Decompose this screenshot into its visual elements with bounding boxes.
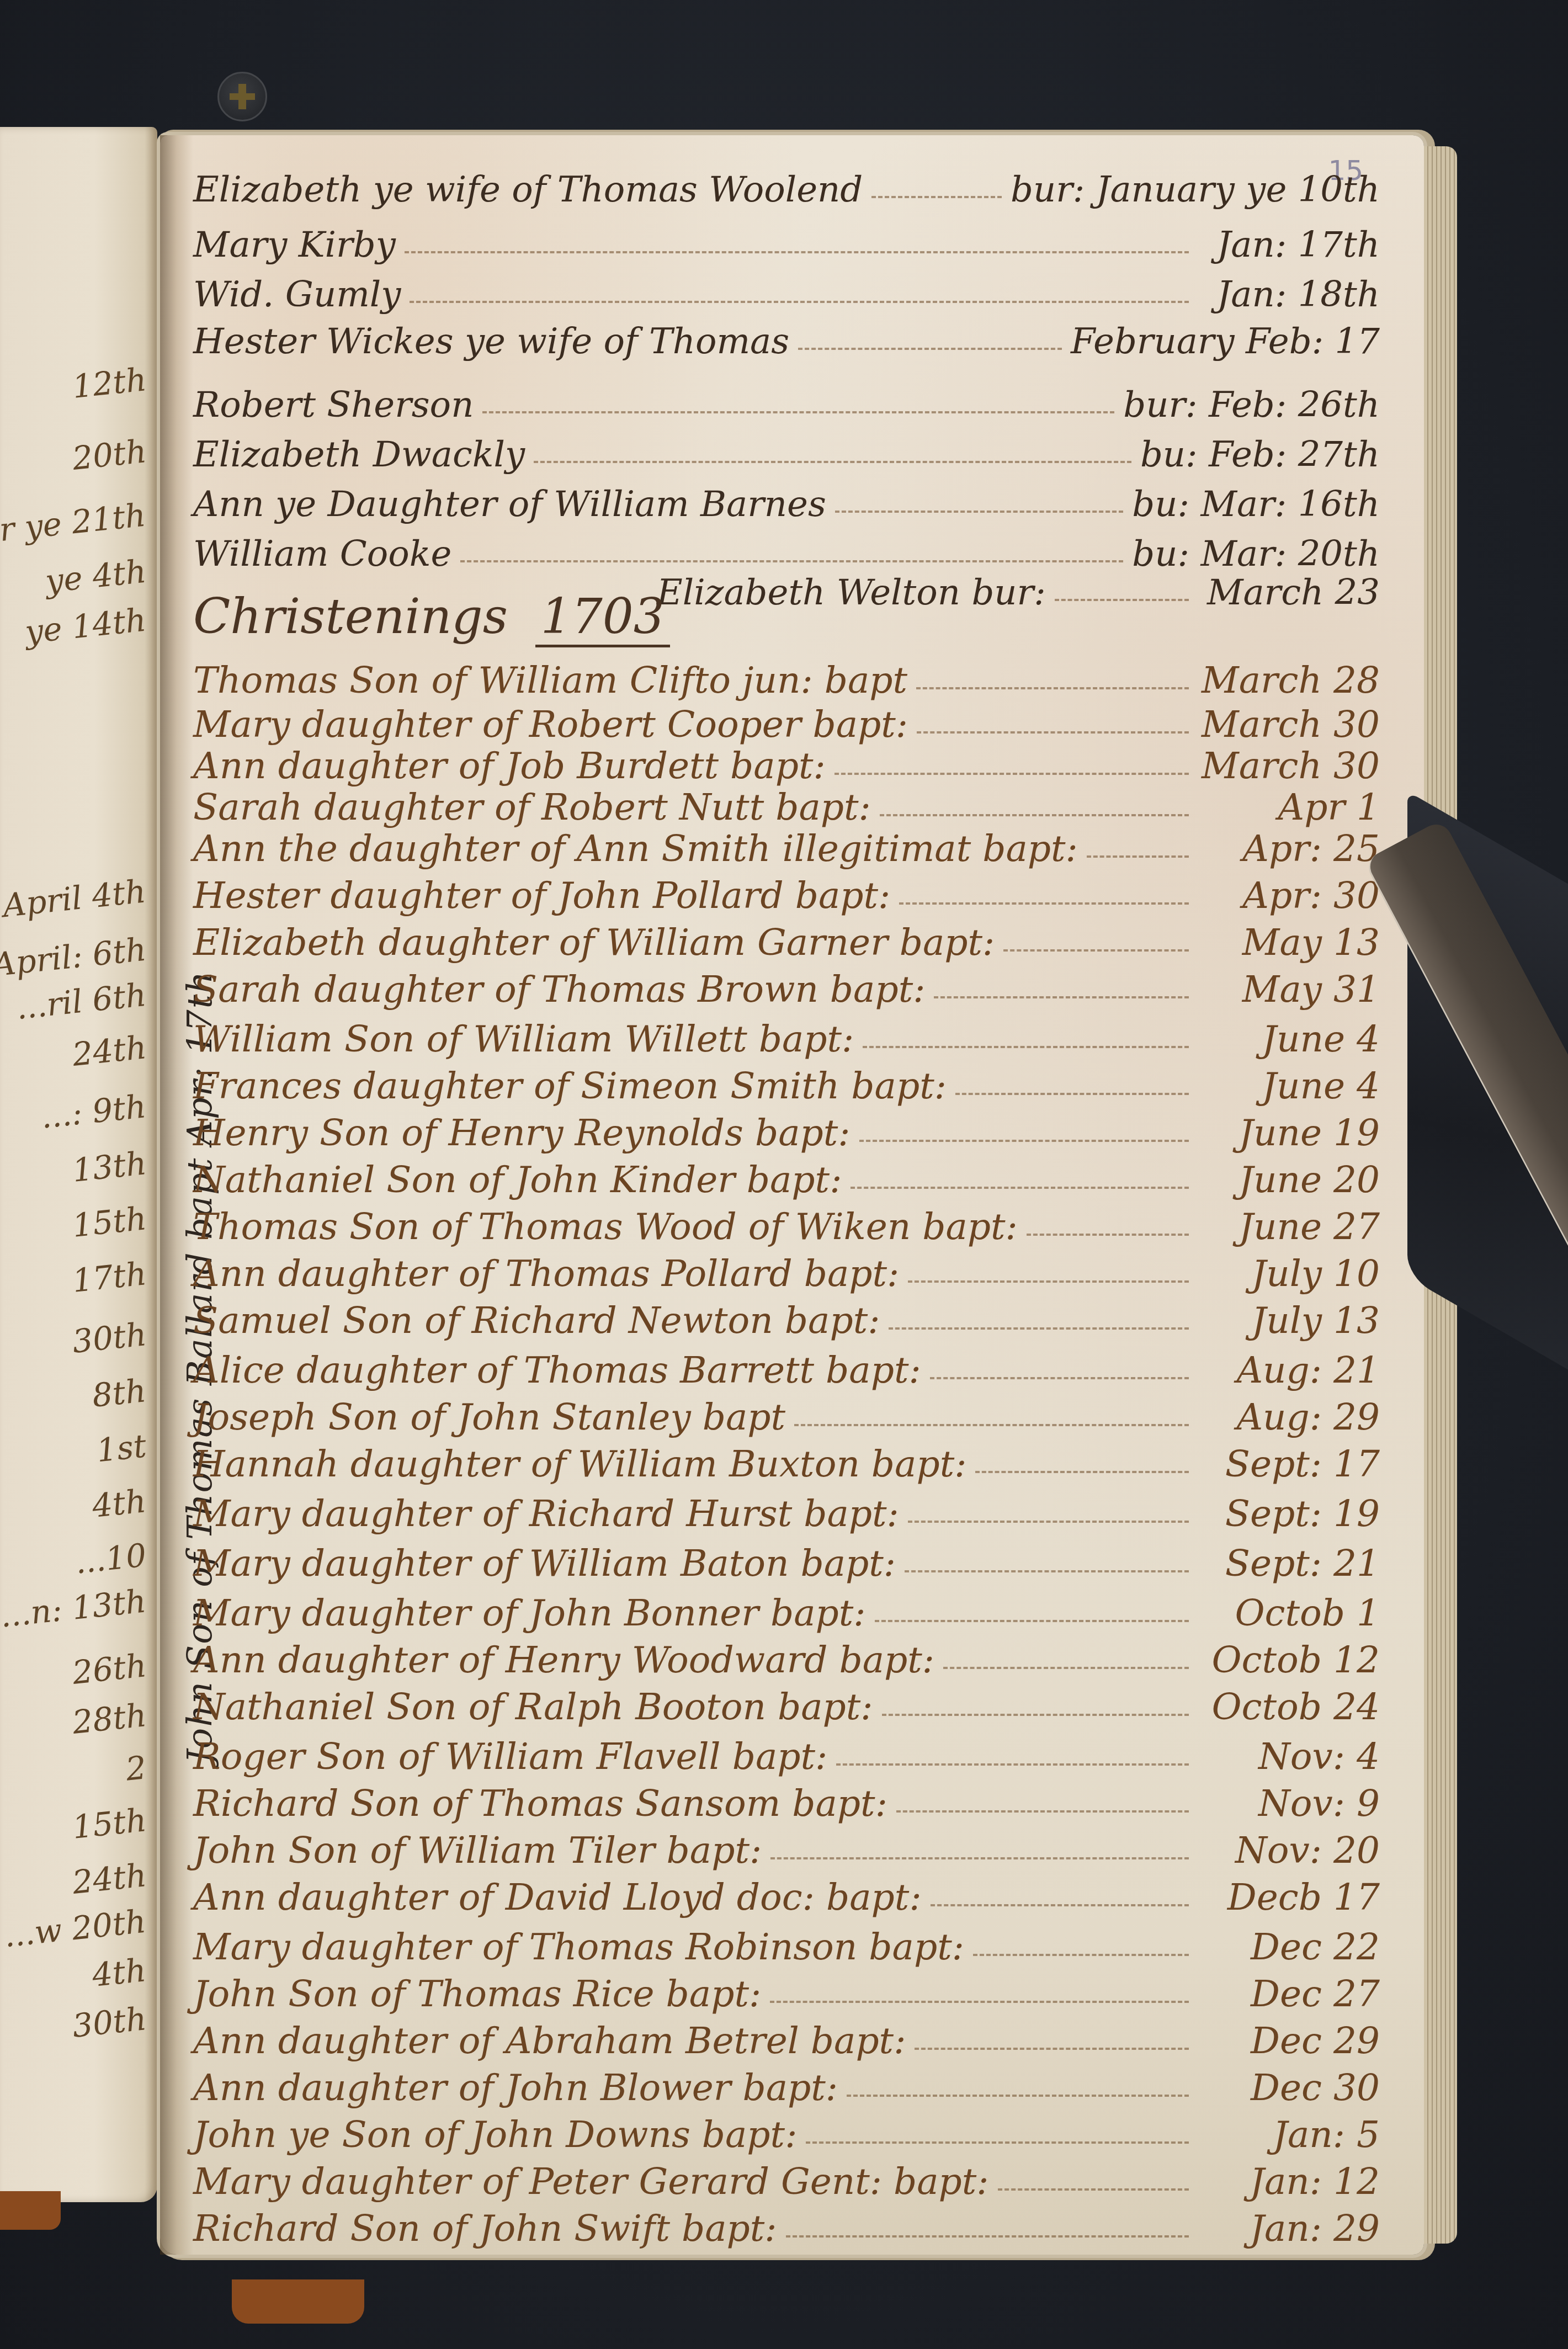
entry-text: Ann ye Daughter of William Barnes <box>193 484 826 525</box>
leader-dashes <box>835 511 1124 513</box>
entry-text: Hannah daughter of William Buxton bapt: <box>193 1443 966 1485</box>
christening-entry: Mary daughter of William Baton bapt:Sept… <box>193 1532 1380 1585</box>
left-page-line: 1st <box>95 1427 148 1469</box>
leader-dashes <box>534 461 1131 463</box>
leader-dashes <box>875 1620 1189 1622</box>
leader-dashes <box>806 2141 1189 2144</box>
heading-label: Christenings <box>193 588 508 645</box>
left-page-line: April: 6th <box>0 931 148 984</box>
entry-text: Hester Wickes ye wife of Thomas <box>193 321 789 362</box>
entry-text: Mary daughter of Richard Hurst bapt: <box>193 1492 899 1535</box>
leader-dashes <box>889 1327 1189 1330</box>
leader-dashes <box>931 1904 1189 1906</box>
left-page-line: ...w 20th <box>2 1902 148 1955</box>
left-page-line: 13th <box>70 1144 148 1189</box>
leader-dashes <box>998 2188 1189 2191</box>
left-page-line: ...r: April 4th <box>0 872 148 931</box>
leader-dashes <box>1055 599 1189 601</box>
leader-dashes <box>859 1140 1189 1142</box>
christening-entry: John Son of William Tiler bapt:Nov: 20 <box>193 1819 1380 1872</box>
leader-dashes <box>835 773 1189 775</box>
entry-text: Mary Kirby <box>193 225 396 265</box>
left-page-line: 4th <box>91 1482 148 1525</box>
screw-icon <box>217 72 267 121</box>
leader-dashes <box>847 2095 1189 2097</box>
christening-entry: Hester daughter of John Pollard bapt:Apr… <box>193 864 1380 917</box>
leader-dashes <box>405 251 1189 253</box>
register-page: 15 John Son of Thomas Ballard bapt Apr: … <box>160 135 1424 2255</box>
leader-dashes <box>770 1857 1189 1859</box>
christening-entry: Henry Son of Henry Reynolds bapt:June 19 <box>193 1101 1380 1154</box>
christening-entry: John ye Son of John Downs bapt:Jan: 5 <box>193 2103 1380 2156</box>
burial-entry: Elizabeth Dwacklybu: Feb: 27th <box>193 422 1380 475</box>
leader-dashes <box>410 301 1189 303</box>
christening-entry: Elizabeth daughter of William Garner bap… <box>193 911 1380 964</box>
burial-entry: Elizabeth Welton bur:March 23 <box>657 560 1380 613</box>
leader-dashes <box>955 1093 1189 1095</box>
leader-dashes <box>905 1570 1189 1572</box>
left-page-line: ye 14th <box>23 601 148 651</box>
left-page-line: 4th <box>91 1951 148 1994</box>
christening-entry: Ann daughter of Henry Woodward bapt:Octo… <box>193 1628 1380 1681</box>
christening-entry: Ann daughter of Abraham Betrel bapt:Dec … <box>193 2009 1380 2062</box>
entry-date: Decb 17 <box>1198 1876 1380 1918</box>
christening-entry: Ann daughter of John Blower bapt:Dec 30 <box>193 2056 1380 2109</box>
christening-entry: Mary daughter of Richard Hurst bapt:Sept… <box>193 1482 1380 1535</box>
leader-dashes <box>836 1763 1189 1766</box>
leader-dashes <box>482 411 1114 413</box>
page-clip-weight <box>1347 828 1567 1325</box>
left-page-line: ...10 <box>73 1536 148 1581</box>
left-page-line: 28th <box>70 1696 148 1741</box>
leader-dashes <box>930 1377 1189 1379</box>
leader-dashes <box>973 1954 1189 1956</box>
entry-date: Sept: 19 <box>1198 1492 1380 1535</box>
left-page-line: 24th <box>70 1856 148 1901</box>
burial-entry: Wid. GumlyJan: 18th <box>193 262 1380 315</box>
left-page-line: ...: 9th <box>39 1087 148 1136</box>
left-page-line: ...mer ye 21th <box>0 496 147 557</box>
entry-date: Jan: 29 <box>1198 2207 1380 2250</box>
left-page-line: 17th <box>70 1255 148 1300</box>
left-page-line: 2 <box>124 1749 148 1788</box>
christening-entry: Mary daughter of Thomas Robinson bapt:De… <box>193 1915 1380 1968</box>
heading-year: 1703 <box>535 588 670 647</box>
leader-dashes <box>770 2001 1189 2003</box>
entry-date: Sept: 21 <box>1198 1542 1380 1585</box>
leader-dashes <box>871 196 1002 198</box>
leader-dashes <box>1087 855 1189 858</box>
leader-dashes <box>908 1521 1189 1523</box>
christening-entry: Ann daughter of David Lloyd doc: bapt:De… <box>193 1866 1380 1918</box>
left-page-line: ...ril 6th <box>14 976 148 1027</box>
entry-date: March 23 <box>1198 572 1380 613</box>
page-edge-stain <box>0 2191 61 2230</box>
left-page-line: 20th <box>70 432 148 477</box>
christening-entry: Nathaniel Son of Ralph Booton bapt:Octob… <box>193 1675 1380 1728</box>
page-edge-stain <box>232 2279 364 2324</box>
entry-text: Sarah daughter of Thomas Brown bapt: <box>193 968 925 1011</box>
entry-text: William Cooke <box>193 534 451 575</box>
left-page-line: ye 4th <box>44 552 148 600</box>
christening-entry: Thomas Son of Thomas Wood of Wiken bapt:… <box>193 1195 1380 1248</box>
left-page-line: 15th <box>70 1801 148 1846</box>
leader-dashes <box>908 1280 1189 1283</box>
christening-entry: Richard Son of John Swift bapt:Jan: 29 <box>193 2197 1380 2250</box>
christenings-heading: Christenings1703 <box>193 588 670 645</box>
entry-date: Octob 24 <box>1198 1686 1380 1728</box>
burial-entry: Mary KirbyJan: 17th <box>193 212 1380 265</box>
entry-text: Ann daughter of David Lloyd doc: bapt: <box>193 1876 922 1918</box>
entry-text: Elizabeth ye wife of Thomas Woolend <box>193 169 863 210</box>
leader-dashes <box>798 348 1062 350</box>
entry-date: bur: January ye 10th <box>1011 169 1380 210</box>
left-page-line: 15th <box>70 1199 148 1245</box>
left-page-line: 8th <box>91 1372 148 1415</box>
christening-entry: Joseph Son of John Stanley baptAug: 29 <box>193 1385 1380 1438</box>
entry-text: Samuel Son of Richard Newton bapt: <box>193 1299 880 1342</box>
leader-dashes <box>863 1046 1189 1048</box>
leader-dashes <box>882 1714 1189 1716</box>
christening-entry: Sarah daughter of Thomas Brown bapt:May … <box>193 958 1380 1011</box>
entry-text: Elizabeth Welton bur: <box>657 572 1046 613</box>
entry-text: Mary daughter of William Baton bapt: <box>193 1542 896 1585</box>
leader-dashes <box>880 814 1189 816</box>
christening-entry: Samuel Son of Richard Newton bapt:July 1… <box>193 1289 1380 1342</box>
leader-dashes <box>794 1424 1189 1426</box>
entry-date: bu: Mar: 16th <box>1132 484 1380 525</box>
left-page-line: 12th <box>70 360 148 406</box>
christening-entry: Mary daughter of Peter Gerard Gent: bapt… <box>193 2150 1380 2203</box>
christening-entry: Richard Son of Thomas Sansom bapt:Nov: 9 <box>193 1772 1380 1825</box>
entry-date: bu: Feb: 27th <box>1140 434 1380 475</box>
burial-entry: Ann ye Daughter of William Barnesbu: Mar… <box>193 472 1380 525</box>
leader-dashes <box>896 1810 1189 1813</box>
leader-dashes <box>943 1667 1189 1669</box>
left-page-line: 24th <box>70 1028 148 1073</box>
left-page-fragment: 12th 20th ...mer ye 21th ye 4th ye 14th … <box>0 127 157 2202</box>
christening-entry: Nathaniel Son of John Kinder bapt:June 2… <box>193 1148 1380 1201</box>
leader-dashes <box>1027 1234 1189 1236</box>
christening-entry: John Son of Thomas Rice bapt:Dec 27 <box>193 1962 1380 2015</box>
christening-entry: William Son of William Willett bapt:June… <box>193 1007 1380 1060</box>
entry-date: bur: Feb: 26th <box>1123 385 1380 426</box>
entry-text: Nathaniel Son of Ralph Booton bapt: <box>193 1686 873 1728</box>
leader-dashes <box>1003 949 1189 952</box>
christening-entry: Frances daughter of Simeon Smith bapt:Ju… <box>193 1054 1380 1107</box>
entry-date: Jan: 17th <box>1198 225 1380 265</box>
leader-dashes <box>934 996 1189 998</box>
entry-text: Robert Sherson <box>193 385 474 426</box>
leader-dashes <box>975 1471 1189 1473</box>
leader-dashes <box>915 2048 1189 2050</box>
leader-dashes <box>916 687 1189 689</box>
burial-entry: Hester Wickes ye wife of ThomasFebruary … <box>193 309 1380 362</box>
christening-entry: Alice daughter of Thomas Barrett bapt:Au… <box>193 1338 1380 1391</box>
christening-entry: Mary daughter of John Bonner bapt:Octob … <box>193 1581 1380 1634</box>
entry-date: Sept: 17 <box>1198 1443 1380 1485</box>
burial-entry: Elizabeth ye wife of Thomas Woolendbur: … <box>193 157 1380 210</box>
christening-entry: Ann daughter of Thomas Pollard bapt:July… <box>193 1242 1380 1295</box>
christening-entry: Hannah daughter of William Buxton bapt:S… <box>193 1432 1380 1485</box>
leader-dashes <box>917 731 1189 734</box>
left-page-line: 30th <box>70 1315 148 1360</box>
christening-entry: Ann the daughter of Ann Smith illegitima… <box>193 817 1380 870</box>
leader-dashes <box>786 2235 1189 2238</box>
leader-dashes <box>851 1187 1189 1189</box>
left-page-line: 26th <box>70 1646 148 1692</box>
burial-entry: Robert Shersonbur: Feb: 26th <box>193 373 1380 426</box>
left-page-line: ...n: 13th <box>0 1582 148 1634</box>
christening-entry: Roger Son of William Flavell bapt:Nov: 4 <box>193 1725 1380 1778</box>
entry-text: Elizabeth Dwackly <box>193 434 525 475</box>
entry-text: Richard Son of John Swift bapt: <box>193 2207 777 2250</box>
leader-dashes <box>899 902 1189 905</box>
entry-date: February Feb: 17 <box>1071 321 1380 362</box>
left-page-line: 30th <box>70 2000 148 2045</box>
